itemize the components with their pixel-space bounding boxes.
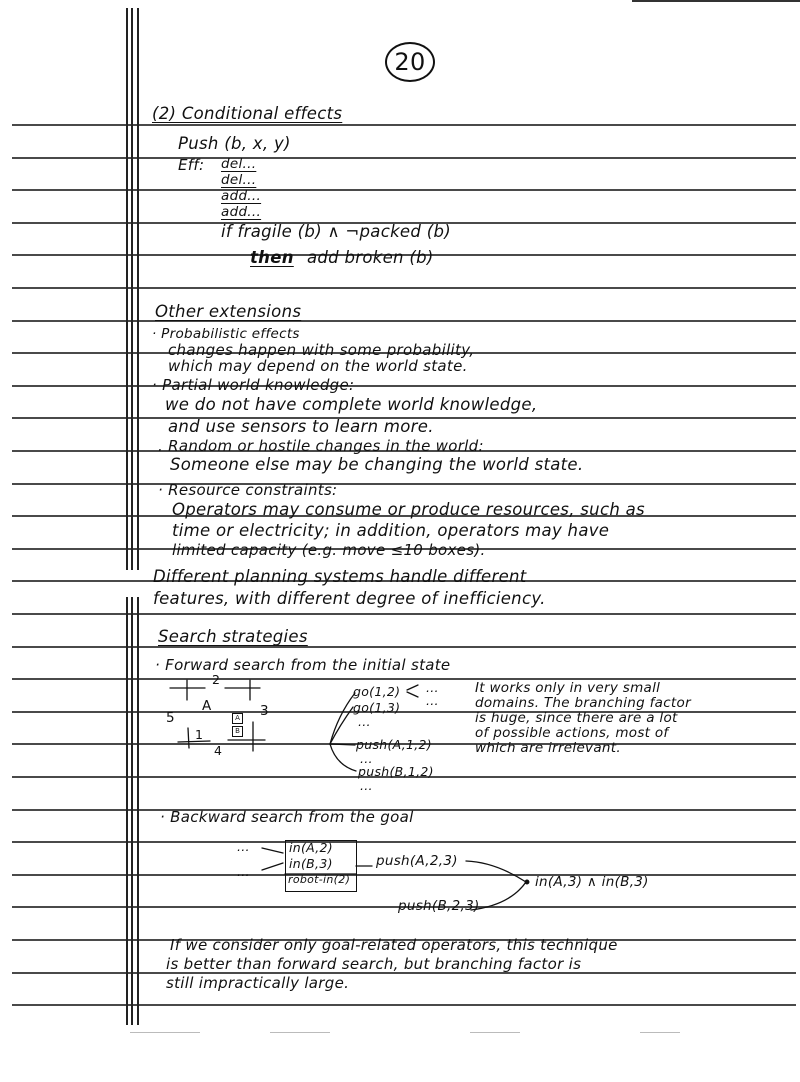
wall-top-left	[170, 680, 205, 700]
wall-bottom-left	[178, 728, 210, 748]
sub-branch	[407, 685, 418, 697]
diagram-strokes	[0, 0, 800, 1082]
wall-bottom-right	[228, 722, 265, 751]
wall-top-right	[225, 680, 260, 700]
notebook-page: 20 (2) Conditional effects Push (b, x, y…	[0, 0, 800, 1082]
